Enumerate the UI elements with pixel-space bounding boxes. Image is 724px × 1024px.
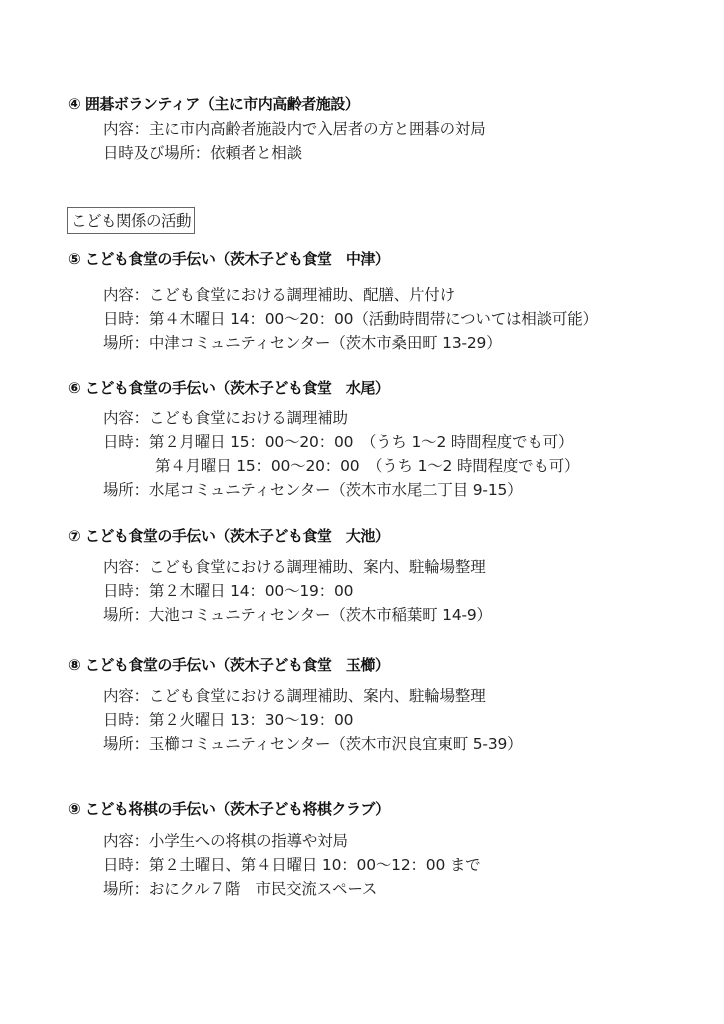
activity-place: 場所：おにクル７階 市民交流スペース (103, 877, 377, 899)
activity-content: 内容：こども食堂における調理補助、案内、駐輪場整理 (103, 555, 486, 577)
section-heading-go-volunteer: ④ 囲碁ボランティア（主に市内高齢者施設） (68, 93, 359, 114)
activity-place: 場所：大池コミュニティセンター（茨木市稲葉町 14-9） (103, 603, 492, 625)
section-content-line: 内容：主に市内高齢者施設内で入居者の方と囲碁の対局 (103, 117, 486, 139)
activity-datetime: 日時：第４木曜日 14：00～20：00（活動時間帯については相談可能） (103, 307, 598, 329)
section-datetime-place-line: 日時及び場所：依頼者と相談 (103, 141, 302, 163)
document-page: ④ 囲碁ボランティア（主に市内高齢者施設） 内容：主に市内高齢者施設内で入居者の… (0, 0, 724, 1024)
activity-datetime: 日時：第２月曜日 15：00～20：00 （うち 1～2 時間程度でも可） (103, 430, 573, 452)
activity-content: 内容：こども食堂における調理補助 (103, 406, 348, 428)
activity-datetime: 日時：第２火曜日 13：30～19：00 (103, 708, 353, 730)
activity-content: 内容：こども食堂における調理補助、案内、駐輪場整理 (103, 684, 486, 706)
activity-content: 内容：こども食堂における調理補助、配膳、片付け (103, 283, 455, 305)
activity-heading-nakatsu: ⑤ こども食堂の手伝い（茨木子ども食堂 中津） (68, 248, 389, 269)
activity-heading-oike: ⑦ こども食堂の手伝い（茨木子ども食堂 大池） (68, 525, 389, 546)
activity-heading-shogi: ⑨ こども将棋の手伝い（茨木子ども将棋クラブ） (68, 798, 390, 819)
activity-place: 場所：中津コミュニティセンター（茨木市桑田町 13-29） (103, 331, 502, 353)
activity-datetime-continued: 第４月曜日 15：00～20：00 （うち 1～2 時間程度でも可） (155, 454, 579, 476)
activity-heading-mizuo: ⑥ こども食堂の手伝い（茨木子ども食堂 水尾） (68, 377, 389, 398)
category-label-children: こども関係の活動 (67, 207, 195, 234)
activity-heading-tamakushi: ⑧ こども食堂の手伝い（茨木子ども食堂 玉櫛） (68, 654, 389, 675)
activity-place: 場所：水尾コミュニティセンター（茨木市水尾二丁目 9-15） (103, 478, 522, 500)
activity-datetime: 日時：第２土曜日、第４日曜日 10：00～12：00 まで (103, 853, 480, 875)
activity-place: 場所：玉櫛コミュニティセンター（茨木市沢良宜東町 5-39） (103, 732, 522, 754)
activity-datetime: 日時：第２木曜日 14：00～19：00 (103, 579, 353, 601)
activity-content: 内容：小学生への将棋の指導や対局 (103, 829, 348, 851)
